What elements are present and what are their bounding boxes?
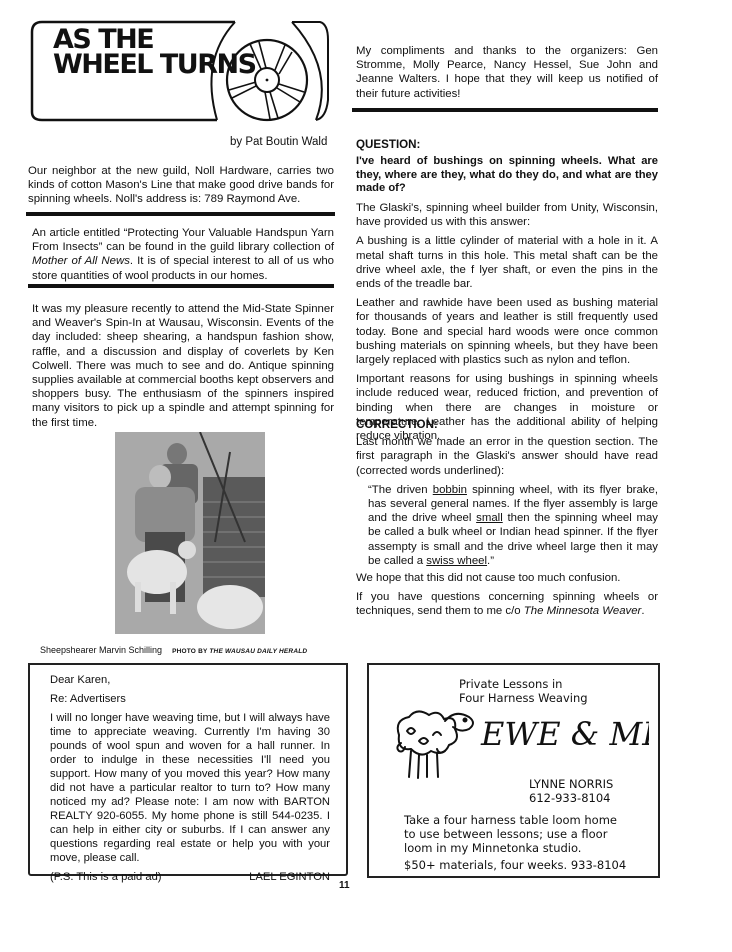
quote-text: .” bbox=[487, 555, 494, 567]
credit-source: THE WAUSAU DAILY HERALD bbox=[209, 648, 307, 655]
photo-image bbox=[115, 432, 265, 634]
underlined-word: bobbin bbox=[433, 484, 467, 496]
caption-text: Sheepshearer Marvin Schilling bbox=[40, 645, 162, 655]
ad-contact-phone: 612-933-8104 bbox=[529, 791, 613, 805]
sheep-shearing-photo bbox=[115, 432, 265, 634]
compliments-paragraph: My compliments and thanks to the organiz… bbox=[356, 44, 658, 101]
letter-subject: Re: Advertisers bbox=[50, 692, 330, 706]
sheep-icon: EWE & ME bbox=[389, 705, 649, 780]
contact-paragraph: If you have questions concerning spinnin… bbox=[356, 590, 658, 618]
correction-section: CORRECTION: Last month we made an error … bbox=[356, 418, 658, 624]
article-paragraph: An article entitled “Protecting Your Val… bbox=[32, 226, 334, 283]
ad-contact: LYNNE NORRIS 612-933-8104 bbox=[529, 777, 613, 805]
ewe-and-me-ad: Private Lessons in Four Harness Weaving … bbox=[367, 663, 660, 878]
answer-paragraph-2: Leather and rawhide have been used as bu… bbox=[356, 296, 658, 367]
ad-contact-name: LYNNE NORRIS bbox=[529, 777, 613, 791]
letter-body: I will no longer have weaving time, but … bbox=[50, 711, 330, 865]
contact-text-end: . bbox=[641, 605, 644, 617]
question-heading: QUESTION: bbox=[356, 138, 658, 152]
title-line-2: WHEEL TURNS bbox=[53, 52, 256, 77]
ad-body-line: loom in my Minnetonka studio. bbox=[404, 841, 626, 855]
advertiser-letter-box: Dear Karen, Re: Advertisers I will no lo… bbox=[28, 663, 348, 876]
corrected-quote: “The driven bobbin spinning wheel, with … bbox=[356, 483, 658, 568]
quote-text: “The driven bbox=[368, 484, 433, 496]
underlined-word: small bbox=[476, 512, 503, 524]
correction-closing: We hope that this did not cause too much… bbox=[356, 571, 658, 585]
ad-body: Take a four harness table loom home to u… bbox=[404, 813, 626, 872]
publication-name: The Minnesota Weaver bbox=[524, 605, 642, 617]
ad-headline: Private Lessons in Four Harness Weaving bbox=[459, 677, 588, 705]
credit-prefix: PHOTO BY bbox=[172, 648, 209, 655]
svg-text:EWE & ME: EWE & ME bbox=[480, 715, 649, 753]
question-text: I've heard of bushings on spinning wheel… bbox=[356, 155, 658, 196]
byline: by Pat Boutin Wald bbox=[230, 136, 327, 148]
correction-heading: CORRECTION: bbox=[356, 418, 658, 432]
photo-credit: PHOTO BY THE WAUSAU DAILY HERALD bbox=[172, 648, 307, 655]
correction-intro: Last month we made an error in the quest… bbox=[356, 435, 658, 478]
ad-body-line: to use between lessons; use a floor bbox=[404, 827, 626, 841]
divider bbox=[352, 108, 658, 112]
publication-title: Mother of All News bbox=[32, 255, 130, 267]
letter-salutation: Dear Karen, bbox=[50, 673, 330, 687]
photo-caption: Sheepshearer Marvin SchillingPHOTO BY TH… bbox=[40, 645, 307, 655]
article-text: An article entitled “Protecting Your Val… bbox=[32, 227, 334, 253]
answer-intro: The Glaski's, spinning wheel builder fro… bbox=[356, 201, 658, 229]
ad-headline-line-1: Private Lessons in bbox=[459, 677, 588, 691]
letter-content: Dear Karen, Re: Advertisers I will no lo… bbox=[50, 673, 330, 884]
divider bbox=[28, 284, 334, 288]
spin-in-paragraph: It was my pleasure recently to attend th… bbox=[32, 302, 334, 430]
underlined-word: swiss wheel bbox=[426, 555, 487, 567]
column-header-logo: AS THE WHEEL TURNS bbox=[30, 20, 330, 120]
column-title: AS THE WHEEL TURNS bbox=[53, 27, 256, 77]
ad-headline-line-2: Four Harness Weaving bbox=[459, 691, 588, 705]
ad-logo: EWE & ME bbox=[389, 705, 649, 784]
letter-signature: LAEL EGINTON bbox=[249, 870, 330, 884]
question-section: QUESTION: I've heard of bushings on spin… bbox=[356, 138, 658, 448]
ad-body-line: Take a four harness table loom home bbox=[404, 813, 626, 827]
letter-signoff: (P.S. This is a paid ad) LAEL EGINTON bbox=[50, 870, 330, 884]
page-number: 11 bbox=[339, 880, 350, 891]
divider bbox=[26, 212, 335, 216]
ad-price-line: $50+ materials, four weeks. 933-8104 bbox=[404, 858, 626, 872]
noll-hardware-paragraph: Our neighbor at the new guild, Noll Hard… bbox=[28, 164, 334, 207]
letter-ps: (P.S. This is a paid ad) bbox=[50, 870, 162, 884]
answer-paragraph-1: A bushing is a little cylinder of materi… bbox=[356, 234, 658, 291]
